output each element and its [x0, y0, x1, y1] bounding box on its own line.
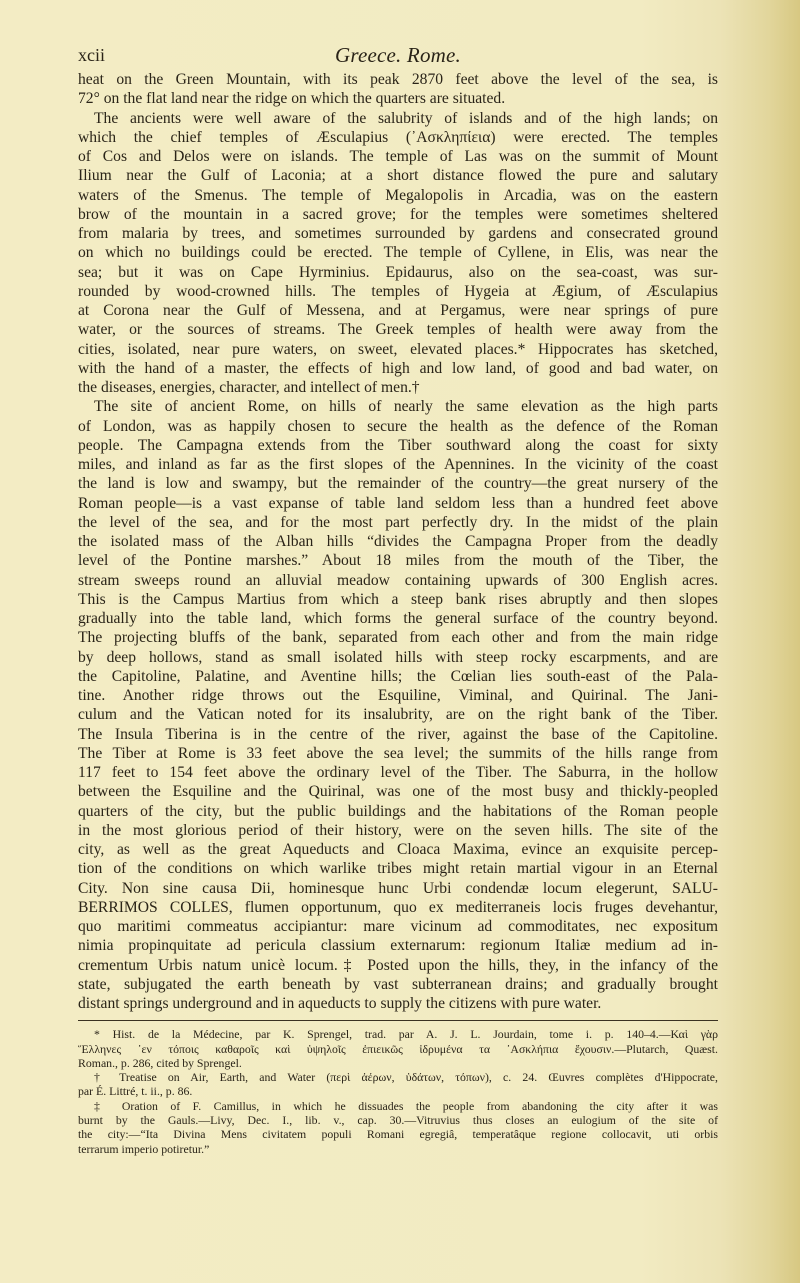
text-line: Roman people—is a vast expanse of table … [78, 494, 718, 513]
text-line: stream sweeps round an alluvial meadow c… [78, 571, 718, 590]
footnote-line: burnt by the Gauls.—Livy, Dec. I., lib. … [78, 1113, 718, 1127]
text-line: in the most glorious period of their his… [78, 821, 718, 840]
text-line: tine. Another ridge throws out the Esqui… [78, 686, 718, 705]
text-line: which the chief temples of Æsculapius (᾿… [78, 128, 718, 147]
text-line: the land is low and swampy, but the rema… [78, 474, 718, 493]
footnotes: * Hist. de la Médecine, par K. Sprengel,… [78, 1027, 718, 1156]
text-line: waters of the Smenus. The temple of Mega… [78, 186, 718, 205]
footnote-line: terrarum imperio potiretur.” [78, 1142, 718, 1156]
text-line: quo maritimi commeatus accipiantur: mare… [78, 917, 718, 936]
book-page: xcii Greece. Rome. heat on the Green Mou… [78, 40, 718, 1156]
text-line: rounded by wood-crowned hills. The templ… [78, 282, 718, 301]
text-line: gradually into the table land, which for… [78, 609, 718, 628]
footnote-divider [78, 1020, 718, 1021]
text-line: The ancients were well aware of the salu… [78, 109, 718, 128]
text-line: of Cos and Delos were on islands. The te… [78, 147, 718, 166]
text-line: City. Non sine causa Dii, hominesque hun… [78, 879, 718, 898]
text-line: the Capitoline, Palatine, and Aventine h… [78, 667, 718, 686]
running-title: Greece. Rome. [78, 40, 718, 70]
text-line: BERRIMOS COLLES, flumen opportunum, quo … [78, 898, 718, 917]
text-line: tion of the conditions on which warlike … [78, 859, 718, 878]
text-line: at Corona near the Gulf of Messena, and … [78, 301, 718, 320]
footnote-line: ‡ Oration of F. Camillus, in which he di… [78, 1099, 718, 1113]
text-line: The site of ancient Rome, on hills of ne… [78, 397, 718, 416]
text-line: 72° on the flat land near the ridge on w… [78, 89, 718, 108]
text-line: cities, isolated, near pure waters, on s… [78, 340, 718, 359]
text-line: the diseases, energies, character, and i… [78, 378, 718, 397]
main-text: heat on the Green Mountain, with its pea… [78, 70, 718, 1013]
text-line: 117 feet to 154 feet above the ordinary … [78, 763, 718, 782]
text-line: sea; but it was on Cape Hyrminius. Epida… [78, 263, 718, 282]
footnote-line: † Treatise on Air, Earth, and Water (περ… [78, 1070, 718, 1084]
text-line: nimia propinquitate ad pericula classium… [78, 936, 718, 955]
text-line: between the Esquiline and the Quirinal, … [78, 782, 718, 801]
text-line: miles, and inland as far as the first sl… [78, 455, 718, 474]
footnote-line: the city:—“Ita Divina Mens civitatem pop… [78, 1127, 718, 1141]
text-line: Ilium near the Gulf of Laconia; at a sho… [78, 166, 718, 185]
text-line: by deep hollows, stand as small isolated… [78, 648, 718, 667]
running-head: xcii Greece. Rome. [78, 40, 718, 70]
text-line: water, or the sources of streams. The Gr… [78, 320, 718, 339]
text-line: the level of the sea, and for the most p… [78, 513, 718, 532]
text-line: quarters of the city, but the public bui… [78, 802, 718, 821]
text-line: level of the Pontine marshes.” About 18 … [78, 551, 718, 570]
footnote-line: par É. Littré, t. ii., p. 86. [78, 1084, 718, 1098]
text-line: This is the Campus Martius from which a … [78, 590, 718, 609]
text-line: The Tiber at Rome is 33 feet above the s… [78, 744, 718, 763]
text-line: on which no buildings could be erected. … [78, 243, 718, 262]
footnote-line: Roman., p. 286, cited by Sprengel. [78, 1056, 718, 1070]
text-line: distant springs underground and in aqued… [78, 994, 718, 1013]
text-line: The Insula Tiberina is in the centre of … [78, 725, 718, 744]
text-line: city, as well as the great Aqueducts and… [78, 840, 718, 859]
text-line: of London, was as happily chosen to secu… [78, 417, 718, 436]
text-line: The projecting bluffs of the bank, separ… [78, 628, 718, 647]
text-line: people. The Campagna extends from the Ti… [78, 436, 718, 455]
text-line: crementum Urbis natum unicè locum.‡ Post… [78, 956, 718, 975]
text-line: from malaria by trees, and sometimes sur… [78, 224, 718, 243]
text-line: the isolated mass of the Alban hills “di… [78, 532, 718, 551]
text-line: culum and the Vatican noted for its insa… [78, 705, 718, 724]
footnote-line: Ἕλληνες ᾽εν τόποις καθαροῖς καὶ ὑψηλοῖς … [78, 1042, 718, 1056]
footnote-line: * Hist. de la Médecine, par K. Sprengel,… [78, 1027, 718, 1041]
text-line: heat on the Green Mountain, with its pea… [78, 70, 718, 89]
text-line: with the hand of a master, the effects o… [78, 359, 718, 378]
text-line: state, subjugated the earth beneath by v… [78, 975, 718, 994]
text-line: brow of the mountain in a sacred grove; … [78, 205, 718, 224]
